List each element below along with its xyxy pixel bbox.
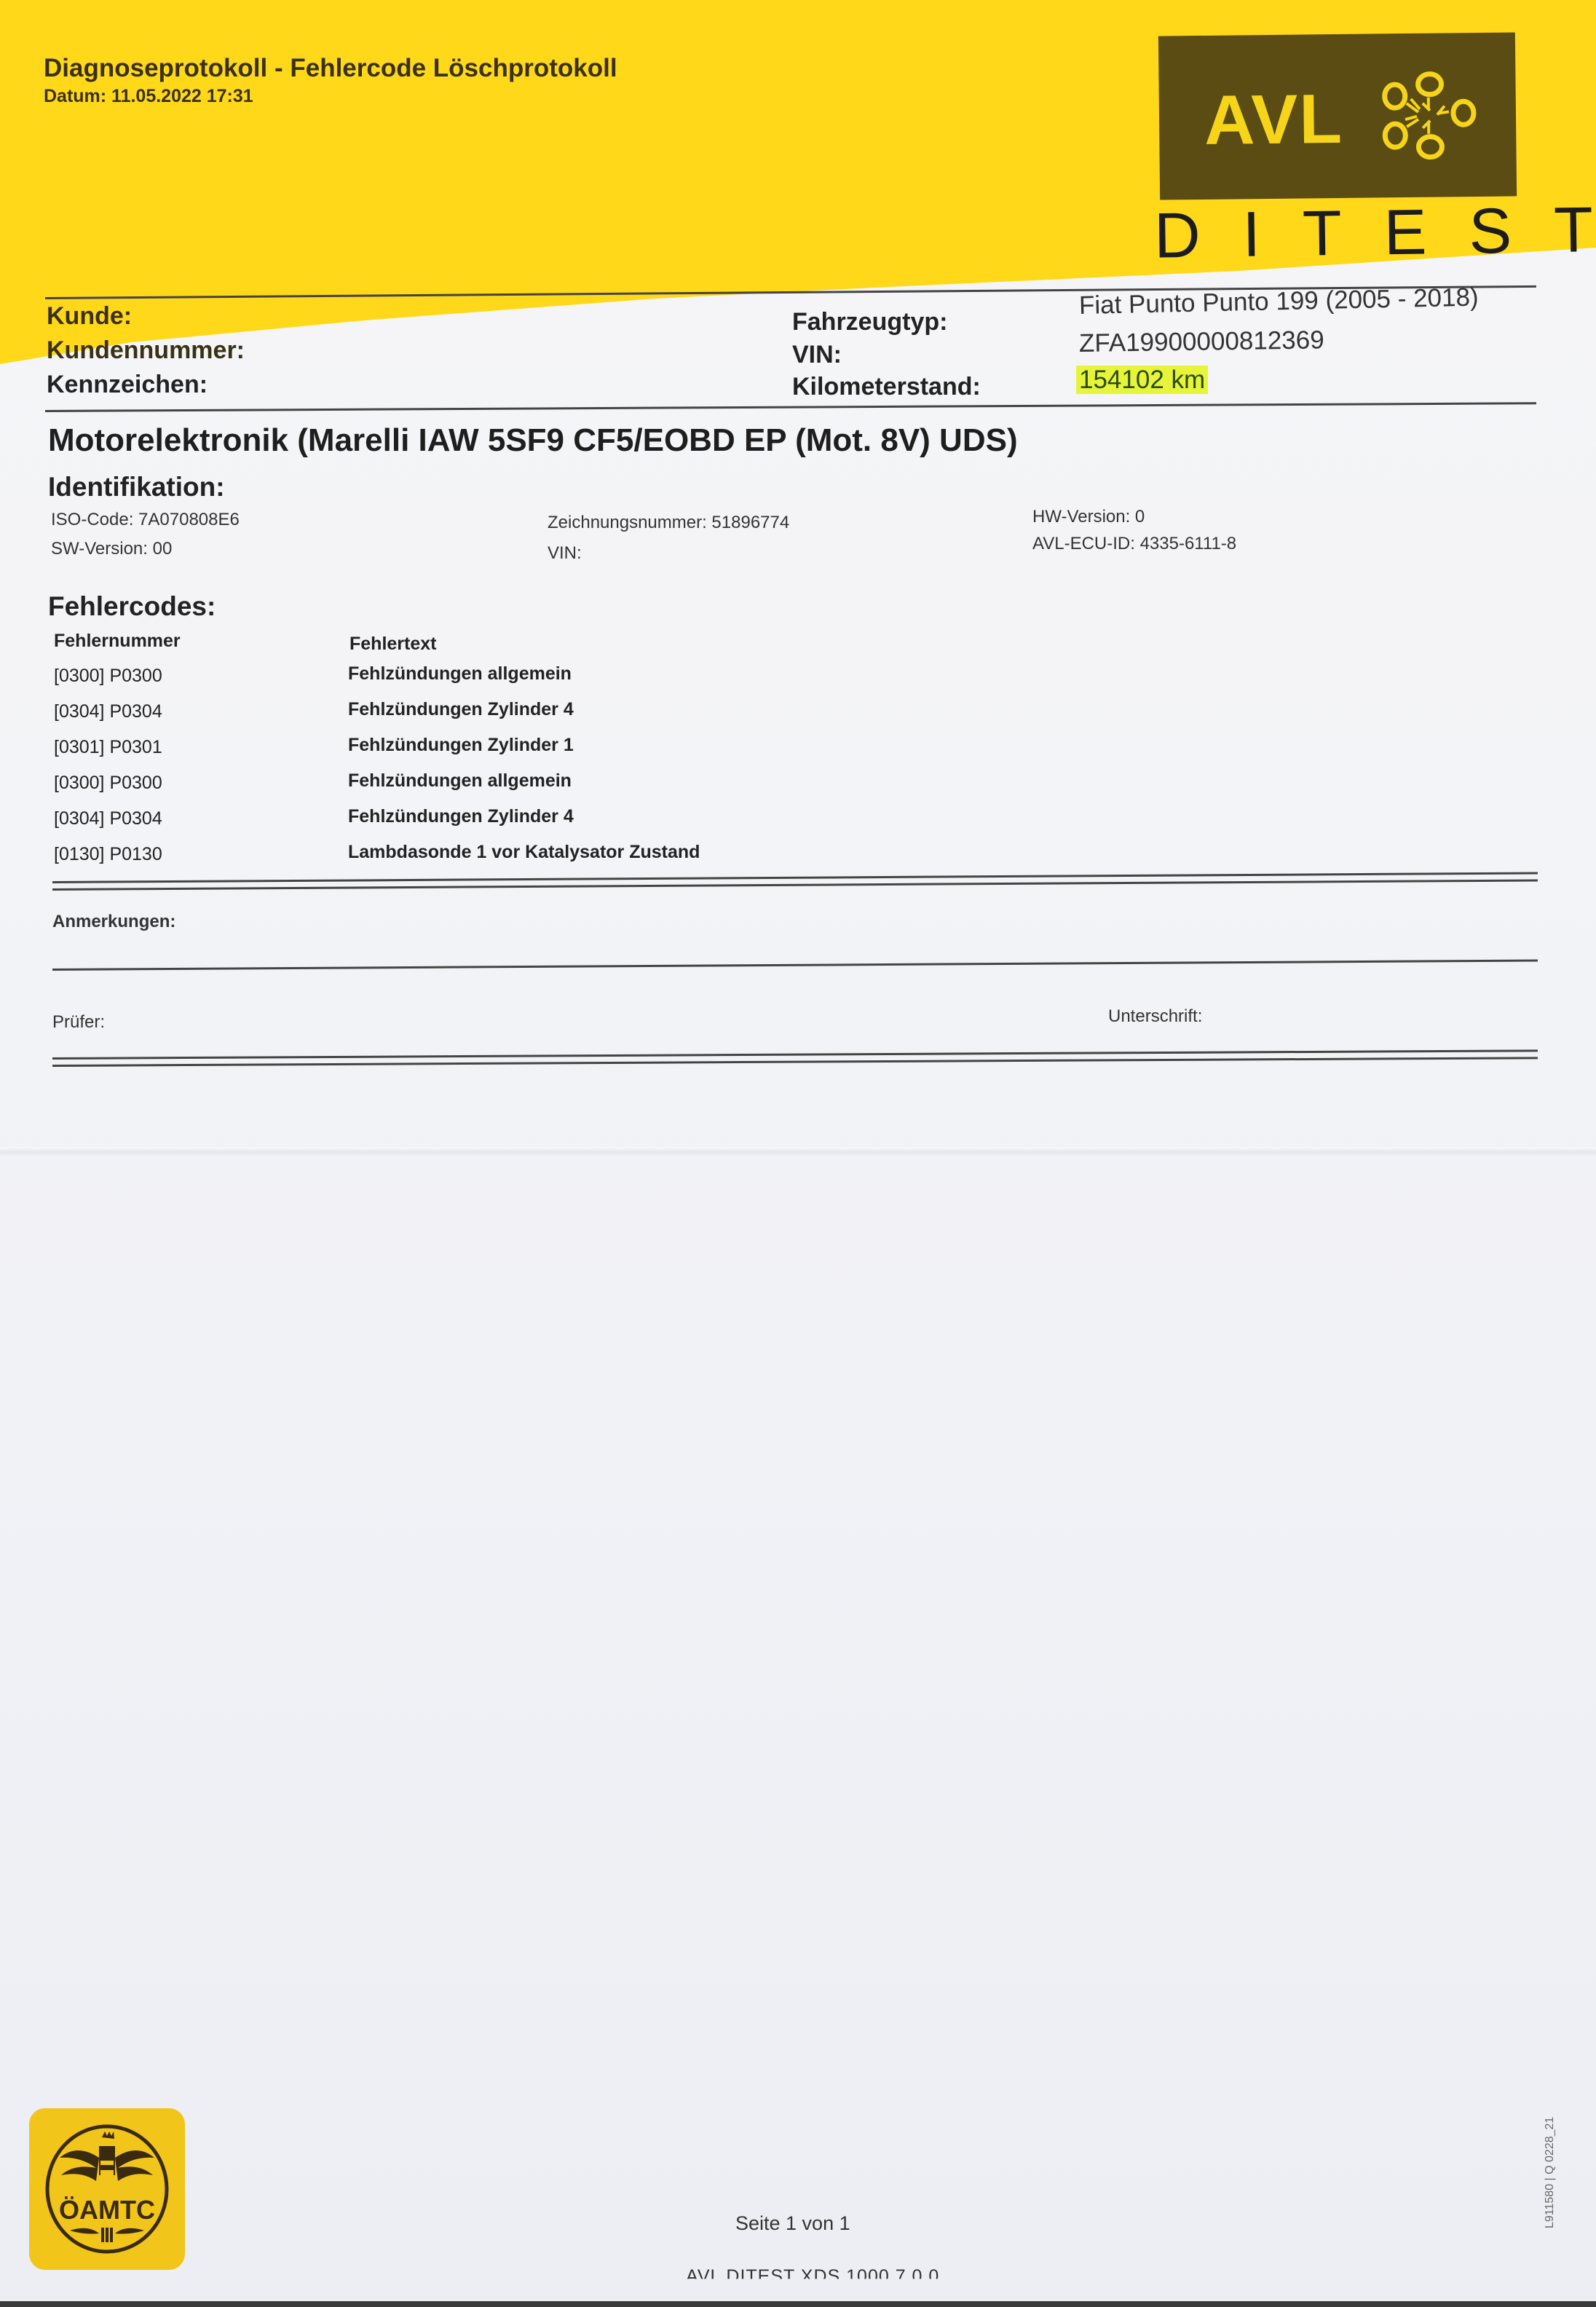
mileage-highlight: 154102 km xyxy=(1076,366,1208,394)
fault-text: Fehlzündungen Zylinder 4 xyxy=(348,806,574,827)
iso-code: ISO-Code: 7A070808E6 xyxy=(51,510,240,530)
column-fault-number: Fehlernummer xyxy=(54,631,181,652)
drawing-number: Zeichnungsnummer: 51896774 xyxy=(548,513,789,533)
mileage-label: Kilometerstand: xyxy=(792,373,981,401)
fault-number: [0304] P0304 xyxy=(54,701,162,722)
fault-number: [0300] P0300 xyxy=(54,666,162,687)
column-fault-text: Fehlertext xyxy=(349,634,436,655)
vin-value: ZFA19900000812369 xyxy=(1079,326,1324,358)
fault-text: Fehlzündungen allgemein xyxy=(348,770,572,792)
customer-label: Kunde: xyxy=(47,302,132,331)
divider-vehicle xyxy=(45,402,1536,412)
fault-codes-heading: Fehlercodes: xyxy=(48,591,216,622)
remarks-label: Anmerkungen: xyxy=(52,912,175,932)
fault-text: Fehlzündungen Zylinder 4 xyxy=(348,699,574,720)
fault-number: [0130] P0130 xyxy=(54,844,162,865)
document-date: Datum: 11.05.2022 17:31 xyxy=(44,86,253,107)
identification-heading: Identifikation: xyxy=(48,472,225,502)
page-number: Seite 1 von 1 xyxy=(735,2212,850,2235)
avl-ecu-id: AVL-ECU-ID: 4335-6111-8 xyxy=(1032,534,1236,554)
ecu-title: Motorelektronik (Marelli IAW 5SF9 CF5/EO… xyxy=(48,422,1018,459)
sw-version: SW-Version: 00 xyxy=(51,539,172,559)
avl-logo-text: AVL xyxy=(1204,79,1343,161)
software-version: AVL DITEST XDS 1000 7.0.0 xyxy=(686,2266,939,2287)
oamtc-logo: ÖAMTC xyxy=(29,2108,185,2270)
remarks-line xyxy=(52,960,1538,971)
fault-text: Fehlzündungen Zylinder 1 xyxy=(348,735,574,756)
vin-label: VIN: xyxy=(792,341,842,369)
vehicle-type-label: Fahrzeugtyp: xyxy=(792,308,947,336)
paper-fold xyxy=(0,1147,1596,1157)
examiner-label: Prüfer: xyxy=(52,1012,105,1033)
form-code: L911580 | Q 0228_21 xyxy=(1544,2117,1557,2228)
svg-text:ÖAMTC: ÖAMTC xyxy=(59,2195,155,2225)
ecu-vin: VIN: xyxy=(548,543,582,564)
hw-version: HW-Version: 0 xyxy=(1032,507,1145,527)
fault-text: Fehlzündungen allgemein xyxy=(348,663,572,685)
fault-number: [0300] P0300 xyxy=(54,773,162,794)
license-plate-label: Kennzeichen: xyxy=(47,371,208,399)
avl-flower-icon xyxy=(1377,68,1480,163)
mileage-value: 154102 km xyxy=(1076,366,1208,395)
document-title: Diagnoseprotokoll - Fehlercode Löschprot… xyxy=(44,54,617,83)
ditest-logo-text: DITEST xyxy=(1153,192,1596,272)
fault-number: [0304] P0304 xyxy=(54,808,162,829)
avl-logo: AVL xyxy=(1158,32,1517,200)
customer-number-label: Kundennummer: xyxy=(47,336,245,365)
oamtc-eagle-icon: ÖAMTC xyxy=(41,2121,173,2257)
fault-number: [0301] P0301 xyxy=(54,737,162,758)
bottom-shadow xyxy=(0,2301,1596,2307)
signature-label: Unterschrift: xyxy=(1108,1006,1202,1027)
document-page: Diagnoseprotokoll - Fehlercode Löschprot… xyxy=(0,0,1596,2307)
fault-text: Lambdasonde 1 vor Katalysator Zustand xyxy=(348,842,700,863)
